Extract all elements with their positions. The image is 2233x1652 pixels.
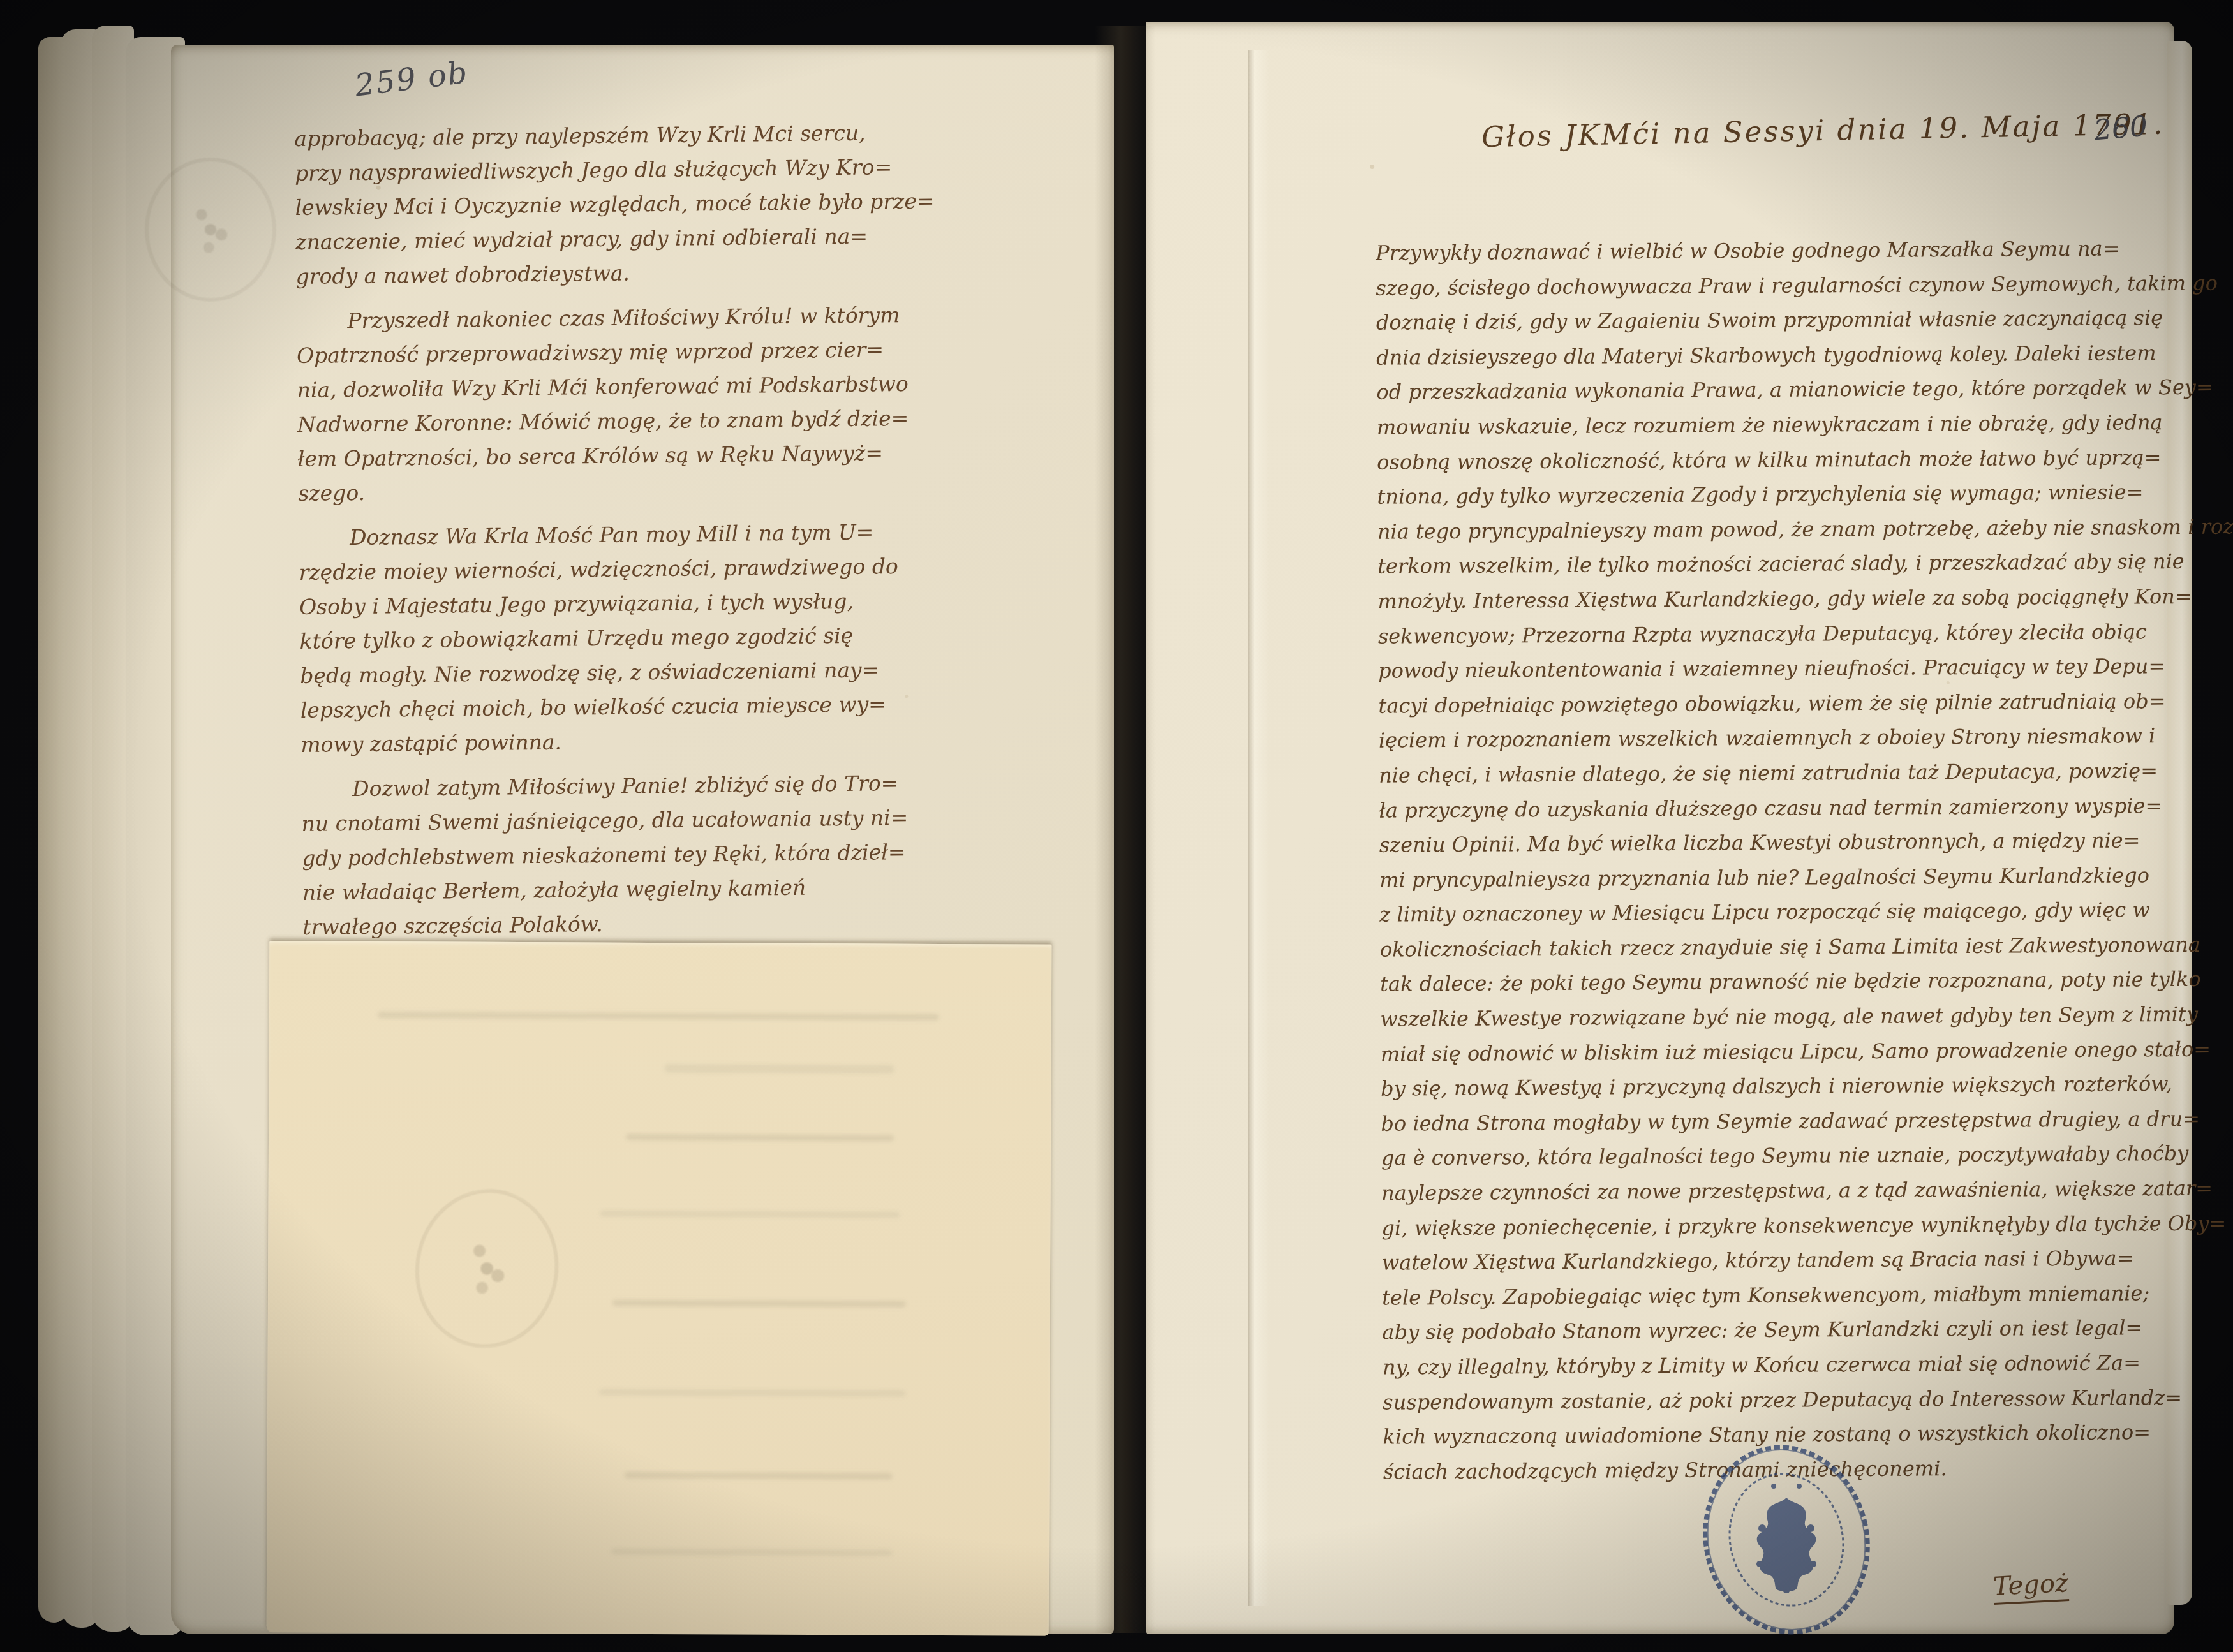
manuscript-line: tele Polscy. Zapobiegaiąc więc tym Konse…	[1382, 1276, 2141, 1315]
manuscript-line: okolicznościach takich rzecz znayduie si…	[1380, 927, 2139, 967]
manuscript-line: szego, ścisłego dochowywacza Praw i regu…	[1376, 266, 2135, 306]
manuscript-line: tniona, gdy tylko wyrzeczenia Zgody i pr…	[1377, 475, 2136, 515]
manuscript-line: ięciem i rozpoznaniem wszelkich wzaiemny…	[1379, 719, 2138, 758]
manuscript-line: mowy zastąpić powinna.	[300, 721, 905, 762]
folio-number-right: 260	[2093, 110, 2149, 147]
manuscript-line: tak dalece: że poki tego Seymu prawność …	[1380, 962, 2139, 1002]
paragraph: Przyszedł nakoniec czas Miłościwy Królu!…	[296, 298, 901, 511]
manuscript-line: ła przyczynę do uzyskania dłuższego czas…	[1379, 788, 2138, 828]
manuscript-line: łem Opatrzności, bo serca Królów są w Rę…	[297, 436, 901, 476]
manuscript-line: Przywykły doznawać i wielbić w Osobie go…	[1376, 231, 2135, 270]
manuscript-line: które tylko z obowiązkami Urzędu mego zg…	[299, 618, 903, 659]
manuscript-line: nie chęci, i własnie dlatego, że się nie…	[1379, 753, 2138, 793]
bleedthrough-stamp-icon	[145, 158, 276, 301]
manuscript-line: suspendowanym zostanie, aż poki przez De…	[1383, 1380, 2142, 1420]
inserted-sheet	[267, 941, 1052, 1635]
manuscript-line: sekwencyow; Przezorna Rzpta wyznaczyła D…	[1378, 614, 2137, 654]
manuscript-line: approbacyą; ale przy naylepszém Wzy Krli…	[294, 115, 898, 156]
manuscript-line: mi pryncypalnieysza przyznania lub nie? …	[1379, 858, 2139, 897]
manuscript-line: Opatrzność przeprowadziwszy mię wprzod p…	[297, 332, 901, 373]
mounted-leaf-seam	[1248, 50, 1270, 1606]
manuscript-line: Doznasz Wa Krla Mość Pan moy Mill i na t…	[299, 515, 903, 556]
manuscript-line: nie władaiąc Berłem, założyła węgielny k…	[302, 869, 907, 910]
manuscript-line: z limity oznaczoney w Miesiącu Lipcu roz…	[1379, 893, 2139, 933]
manuscript-line: lewskiey Mci i Oyczyznie względach, mocé…	[295, 184, 899, 225]
manuscript-line: by się, nową Kwestyą i przyczyną dalszyc…	[1381, 1067, 2140, 1107]
left-page-text: approbacyą; ale przy naylepszém Wzy Krli…	[294, 115, 907, 955]
manuscript-line: szeniu Opinii. Ma być wielka liczba Kwes…	[1379, 823, 2139, 862]
book-gutter	[1095, 26, 1156, 1633]
manuscript-line: mnożyły. Interessa Xięstwa Kurlandzkiego…	[1377, 579, 2137, 619]
manuscript-line: wszelkie Kwestye rozwiązane być nie mogą…	[1380, 997, 2139, 1036]
signature: Tegoż	[1992, 1568, 2070, 1605]
manuscript-line: tacyi dopełniaiąc powziętego obowiązku, …	[1378, 684, 2137, 723]
paragraph: Doznasz Wa Krla Mość Pan moy Mill i na t…	[299, 515, 905, 762]
manuscript-line: gi, większe poniechęcenie, i przykre kon…	[1381, 1206, 2140, 1246]
manuscript-line: naylepsze czynności za nowe przestępstwa…	[1381, 1171, 2140, 1211]
manuscript-line: ny, czy illegalny, któryby z Limity w Ko…	[1383, 1345, 2142, 1385]
manuscript-line: bo iedna Strona mogłaby w tym Seymie zad…	[1381, 1102, 2140, 1141]
manuscript-line: będą mogły. Nie rozwodzę się, z oświadcz…	[300, 653, 904, 693]
archive-ink-stamp-icon	[1698, 1439, 1874, 1641]
manuscript-line: osobną wnoszę okoliczność, która w kilku…	[1377, 440, 2136, 480]
manuscript-line: grody a nawet dobrodzieystwa.	[295, 253, 900, 294]
manuscript-line: szego.	[298, 470, 902, 511]
manuscript-scan: { "colors": { "background": "#0a0a0c", "…	[0, 0, 2233, 1652]
manuscript-line: przy naysprawiedliwszych Jego dla służąc…	[295, 150, 899, 191]
bleedthrough-stamp-icon	[405, 1180, 568, 1357]
manuscript-line: lepszych chęci moich, bo wielkość czucia…	[300, 687, 905, 728]
manuscript-line: powody nieukontentowania i wzaiemney nie…	[1378, 649, 2137, 688]
manuscript-line: aby się podobało Stanom wyrzec: że Seym …	[1382, 1311, 2141, 1350]
paragraph: approbacyą; ale przy naylepszém Wzy Krli…	[294, 115, 900, 294]
manuscript-line: miał się odnowić w bliskim iuż miesiącu …	[1381, 1032, 2140, 1072]
manuscript-line: terkom wszelkim, ile tylko możności zaci…	[1377, 545, 2137, 584]
right-page-text: Przywykły doznawać i wielbić w Osobie go…	[1376, 231, 2142, 1489]
manuscript-line: nu cnotami Swemi jaśnieiącego, dla ucało…	[301, 800, 905, 841]
manuscript-line: watelow Xięstwa Kurlandzkiego, którzy ta…	[1382, 1241, 2141, 1281]
manuscript-line: Dozwol zatym Miłościwy Panie! zbliżyć si…	[301, 766, 905, 807]
manuscript-line: ga è converso, która legalności tego Sey…	[1381, 1137, 2140, 1176]
manuscript-line: mowaniu wskazuie, lecz rozumiem że niewy…	[1377, 405, 2136, 445]
manuscript-line: znaczenie, mieć wydział pracy, gdy inni …	[295, 219, 900, 260]
manuscript-line: nia, dozwoliła Wzy Krli Mći konferować m…	[297, 367, 901, 408]
manuscript-line: od przeszkadzania wykonania Prawa, a mia…	[1376, 371, 2135, 410]
manuscript-line: trwałego szczęścia Polaków.	[302, 904, 907, 945]
manuscript-line: Przyszedł nakoniec czas Miłościwy Królu!…	[296, 298, 900, 339]
manuscript-line: Nadworne Koronne: Mówić mogę, że to znam…	[297, 401, 901, 442]
manuscript-line: nia tego pryncypalnieyszy mam powod, że …	[1377, 510, 2137, 549]
manuscript-line: dnia dzisieyszego dla Materyi Skarbowych…	[1376, 336, 2135, 375]
manuscript-line: gdy podchlebstwem nieskażonemi tey Ręki,…	[302, 835, 906, 876]
manuscript-line: Osoby i Majestatu Jego przywiązania, i t…	[299, 584, 903, 624]
paragraph: Dozwol zatym Miłościwy Panie! zbliżyć si…	[301, 766, 907, 945]
manuscript-line: rzędzie moiey wierności, wdzięczności, p…	[299, 549, 903, 590]
manuscript-line: doznaię i dziś, gdy w Zagaieniu Swoim pr…	[1376, 301, 2135, 341]
